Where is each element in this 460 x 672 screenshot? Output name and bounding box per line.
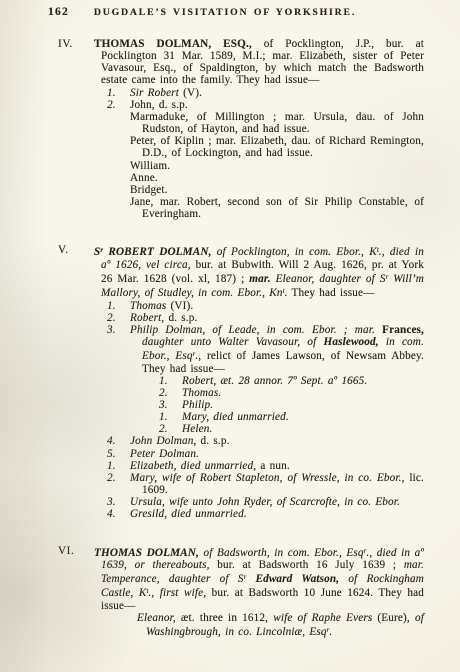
text-segment: . — [329, 626, 332, 638]
item-text: Robert, æt. 28 annor. 7º Sept. aº 1665. — [182, 375, 424, 387]
item-number — [107, 172, 130, 184]
entry-v-heading: Sr ROBERT DOLMAN, of Pocklington, in com… — [94, 244, 424, 299]
text-segment: Haslewood, — [323, 336, 378, 348]
entry-vi-numeral: VI. — [58, 545, 94, 557]
list-item: 3. Philip Dolman, of Leade, in com. Ebor… — [107, 324, 424, 375]
text-segment: Ursula, wife unto John Ryder, of Scarcro… — [130, 496, 400, 508]
text-segment: William. — [130, 160, 170, 172]
text-segment: bur. at Badsworth 16 July 1639 ; — [210, 559, 404, 571]
list-item: Eleanor, æt. three in 1612, wife of Raph… — [137, 612, 424, 639]
text-segment: Robert — [130, 312, 161, 324]
item-text: Philip. — [182, 399, 424, 411]
item-text: Marmaduke, of Millington ; mar. Ursula, … — [130, 111, 424, 135]
text-segment: æt. three in 1612, — [176, 612, 273, 624]
item-text: Gresild, died unmarried. — [130, 508, 424, 520]
text-segment: John, d. s.p. — [130, 99, 188, 111]
list-item: 4. Gresild, died unmarried. — [107, 508, 424, 520]
text-segment: of Pocklington, in com. Ebor., K — [212, 247, 377, 259]
book-page: 162 DUGDALE’S VISITATION OF YORKSHIRE. I… — [0, 0, 460, 672]
item-number: 3. — [159, 399, 182, 411]
entry-vi-issue-list: Eleanor, æt. three in 1612, wife of Raph… — [107, 612, 424, 639]
entry-iv-heading: THOMAS DOLMAN, ESQ., of Pocklington, J.P… — [94, 38, 424, 87]
item-text: John, d. s.p. — [130, 99, 424, 111]
text-segment: ., first wife, — [148, 588, 206, 600]
entry-iv-issue-list: 1. Sir Robert (V). 2. John, d. s.p. Marm… — [107, 87, 424, 221]
list-item: 1. Elizabeth, died unmarried, a nun. — [107, 460, 424, 472]
text-segment: Anne. — [130, 172, 158, 184]
item-number — [107, 135, 130, 159]
text-segment: , d. s.p. — [193, 435, 229, 447]
item-number: 2. — [159, 423, 182, 435]
entry-iv-numeral: IV. — [58, 38, 94, 50]
item-number: 4. — [107, 435, 130, 447]
item-number — [107, 160, 130, 172]
entry-vi-heading: THOMAS DOLMAN, of Badsworth, in com. Ebo… — [94, 545, 424, 612]
item-text: Thomas. — [182, 387, 424, 399]
entry-vi-body: THOMAS DOLMAN, of Badsworth, in com. Ebo… — [94, 545, 424, 639]
list-subitem: 2. Thomas. — [159, 387, 424, 399]
text-segment: Peter, of Kiplin ; mar. Elizabeth, dau. … — [130, 135, 424, 159]
text-segment: Frances, — [382, 324, 424, 336]
list-item: Peter, of Kiplin ; mar. Elizabeth, dau. … — [107, 135, 424, 159]
text-segment: Gresild, died unmarried. — [130, 508, 247, 520]
text-segment: Marmaduke, of Millington ; mar. Ursula, … — [130, 111, 424, 135]
text-segment: Eleanor, — [137, 612, 176, 624]
text-segment: Bridget. — [130, 184, 168, 196]
text-segment: Robert, æt. 28 annor. 7º Sept. aº 1665. — [182, 375, 367, 387]
item-number: 2. — [107, 472, 130, 496]
text-segment: Mary, died unmarried. — [182, 411, 289, 423]
list-item: Anne. — [107, 172, 424, 184]
list-subitem: 2. Helen. — [159, 423, 424, 435]
text-segment: THOMAS DOLMAN, ESQ., — [94, 38, 252, 50]
text-segment: Peter Dolman. — [130, 448, 199, 460]
entry-iv-body: THOMAS DOLMAN, ESQ., of Pocklington, J.P… — [94, 38, 424, 220]
item-number — [107, 111, 130, 135]
text-segment: They had issue— — [288, 287, 375, 299]
entry-v-issue-list: 1. Thomas (VI). 2. Robert, d. s.p. 3. Ph… — [107, 300, 424, 521]
text-segment: Edward Watson, — [246, 573, 339, 585]
entry-v-body: Sr ROBERT DOLMAN, of Pocklington, in com… — [94, 244, 424, 520]
item-text: William. — [130, 160, 424, 172]
item-number: 1. — [159, 411, 182, 423]
item-number — [107, 196, 130, 220]
item-text: Philip Dolman, of Leade, in com. Ebor. ;… — [130, 324, 424, 375]
text-segment: Elizabeth, died unmarried, — [130, 460, 256, 472]
entry-v: V. Sr ROBERT DOLMAN, of Pocklington, in … — [58, 244, 424, 520]
list-subitem: 1. Mary, died unmarried. — [159, 411, 424, 423]
list-item: 4. John Dolman, d. s.p. — [107, 435, 424, 447]
list-item: 3. Ursula, wife unto John Ryder, of Scar… — [107, 496, 424, 508]
list-item: Jane, mar. Robert, second son of Sir Phi… — [107, 196, 424, 220]
item-number: 5. — [107, 448, 130, 460]
text-segment: (VI). — [166, 300, 193, 312]
text-segment: Thomas — [130, 300, 166, 312]
item-text: Bridget. — [130, 184, 424, 196]
list-item: 2. Robert, d. s.p. — [107, 312, 424, 324]
item-number: 2. — [107, 312, 130, 324]
entry-iv: IV. THOMAS DOLMAN, ESQ., of Pocklington,… — [58, 38, 424, 220]
text-segment: (V). — [179, 87, 202, 99]
item-text: Robert, d. s.p. — [130, 312, 424, 324]
text-segment: Mary, wife of Robert Stapleton, of Wress… — [130, 472, 405, 484]
text-segment: Philip. — [182, 399, 213, 411]
text-segment: wife of Raphe Evers — [273, 612, 372, 624]
item-text: Peter, of Kiplin ; mar. Elizabeth, dau. … — [130, 135, 424, 159]
item-text: John Dolman, d. s.p. — [130, 435, 424, 447]
list-subitem: 1. Robert, æt. 28 annor. 7º Sept. aº 166… — [159, 375, 424, 387]
item-number: 1. — [107, 87, 130, 99]
item-text: Mary, wife of Robert Stapleton, of Wress… — [130, 472, 424, 496]
text-segment: mar. — [249, 273, 270, 285]
page-header: 162 DUGDALE’S VISITATION OF YORKSHIRE. — [58, 6, 424, 21]
page-title: DUGDALE’S VISITATION OF YORKSHIRE. — [42, 6, 408, 19]
item-text: Ursula, wife unto John Ryder, of Scarcro… — [130, 496, 424, 508]
item-number: 1. — [107, 460, 130, 472]
text-segment: Philip Dolman — [130, 324, 202, 336]
item-number: 1. — [107, 300, 130, 312]
list-item: 1. Thomas (VI). — [107, 300, 424, 312]
text-segment: of Badsworth, in com. Ebor., Esq — [199, 547, 364, 559]
entry-vi: VI. THOMAS DOLMAN, of Badsworth, in com.… — [58, 545, 424, 639]
item-text: Elizabeth, died unmarried, a nun. — [130, 460, 424, 472]
text-segment: (Eure), — [372, 612, 415, 624]
text-segment: Sir Robert — [130, 87, 179, 99]
text-segment: THOMAS DOLMAN, — [94, 547, 199, 559]
item-text: Eleanor, æt. three in 1612, wife of Raph… — [137, 612, 424, 639]
item-text: Thomas (VI). — [130, 300, 424, 312]
text-segment: , d. s.p. — [161, 312, 197, 324]
item-text: Sir Robert (V). — [130, 87, 424, 99]
item-number: 3. — [107, 496, 130, 508]
item-number: 1. — [159, 375, 182, 387]
list-item: 2. Mary, wife of Robert Stapleton, of Wr… — [107, 472, 424, 496]
list-item: William. — [107, 160, 424, 172]
item-number: 4. — [107, 508, 130, 520]
list-item: Marmaduke, of Millington ; mar. Ursula, … — [107, 111, 424, 135]
text-segment: Helen. — [182, 423, 212, 435]
text-segment: daughter of S — [160, 573, 244, 585]
text-segment: daughter unto Walter Vavasour, of — [142, 336, 323, 348]
item-text: Jane, mar. Robert, second son of Sir Phi… — [130, 196, 424, 220]
item-text: Mary, died unmarried. — [182, 411, 424, 423]
item-number: 3. — [107, 324, 130, 375]
list-subitem: 3. Philip. — [159, 399, 424, 411]
entry-v-numeral: V. — [58, 244, 94, 256]
list-item: 1. Sir Robert (V). — [107, 87, 424, 99]
list-item: 2. John, d. s.p. — [107, 99, 424, 111]
item-number: 2. — [107, 99, 130, 111]
text-segment: Eleanor, daughter of S — [271, 273, 386, 285]
text-segment: a nun. — [256, 460, 290, 472]
item-text: Peter Dolman. — [130, 448, 424, 460]
text-segment: John Dolman — [130, 435, 193, 447]
item-number: 2. — [159, 387, 182, 399]
text-segment: ROBERT DOLMAN, — [103, 247, 211, 259]
item-number — [107, 184, 130, 196]
text-segment: , of Leade, in com. Ebor. ; mar. — [202, 324, 382, 336]
list-item: 5. Peter Dolman. — [107, 448, 424, 460]
list-item: Bridget. — [107, 184, 424, 196]
item-text: Helen. — [182, 423, 424, 435]
text-segment: Jane, mar. Robert, second son of Sir Phi… — [130, 196, 424, 220]
item-text: Anne. — [130, 172, 424, 184]
text-segment: Thomas. — [182, 387, 221, 399]
